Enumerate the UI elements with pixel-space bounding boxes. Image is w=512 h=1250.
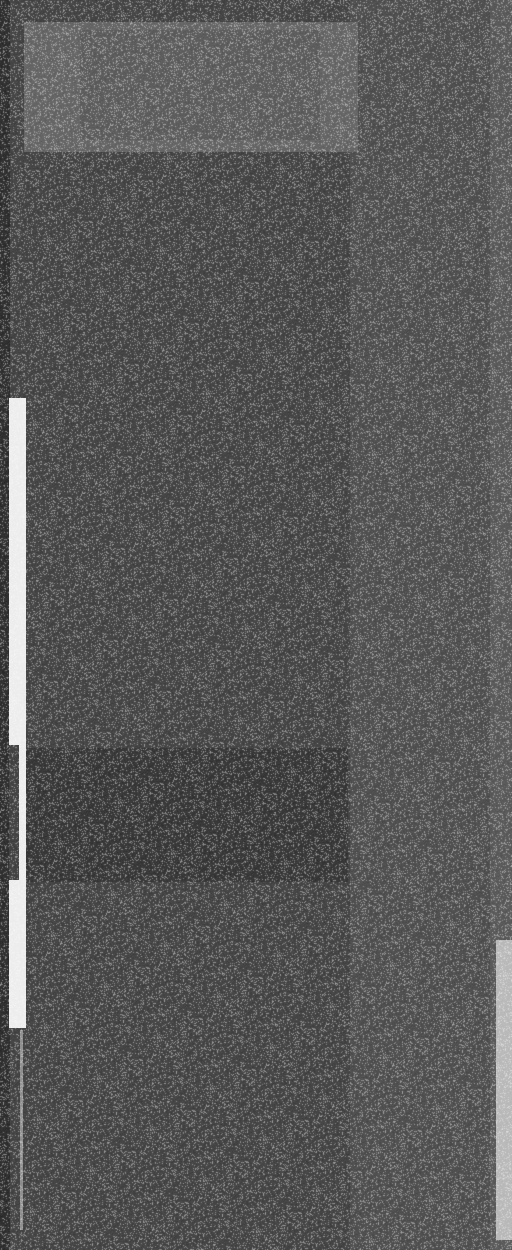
pavement-photo xyxy=(0,0,512,1250)
asphalt-grain-texture xyxy=(0,0,512,1250)
